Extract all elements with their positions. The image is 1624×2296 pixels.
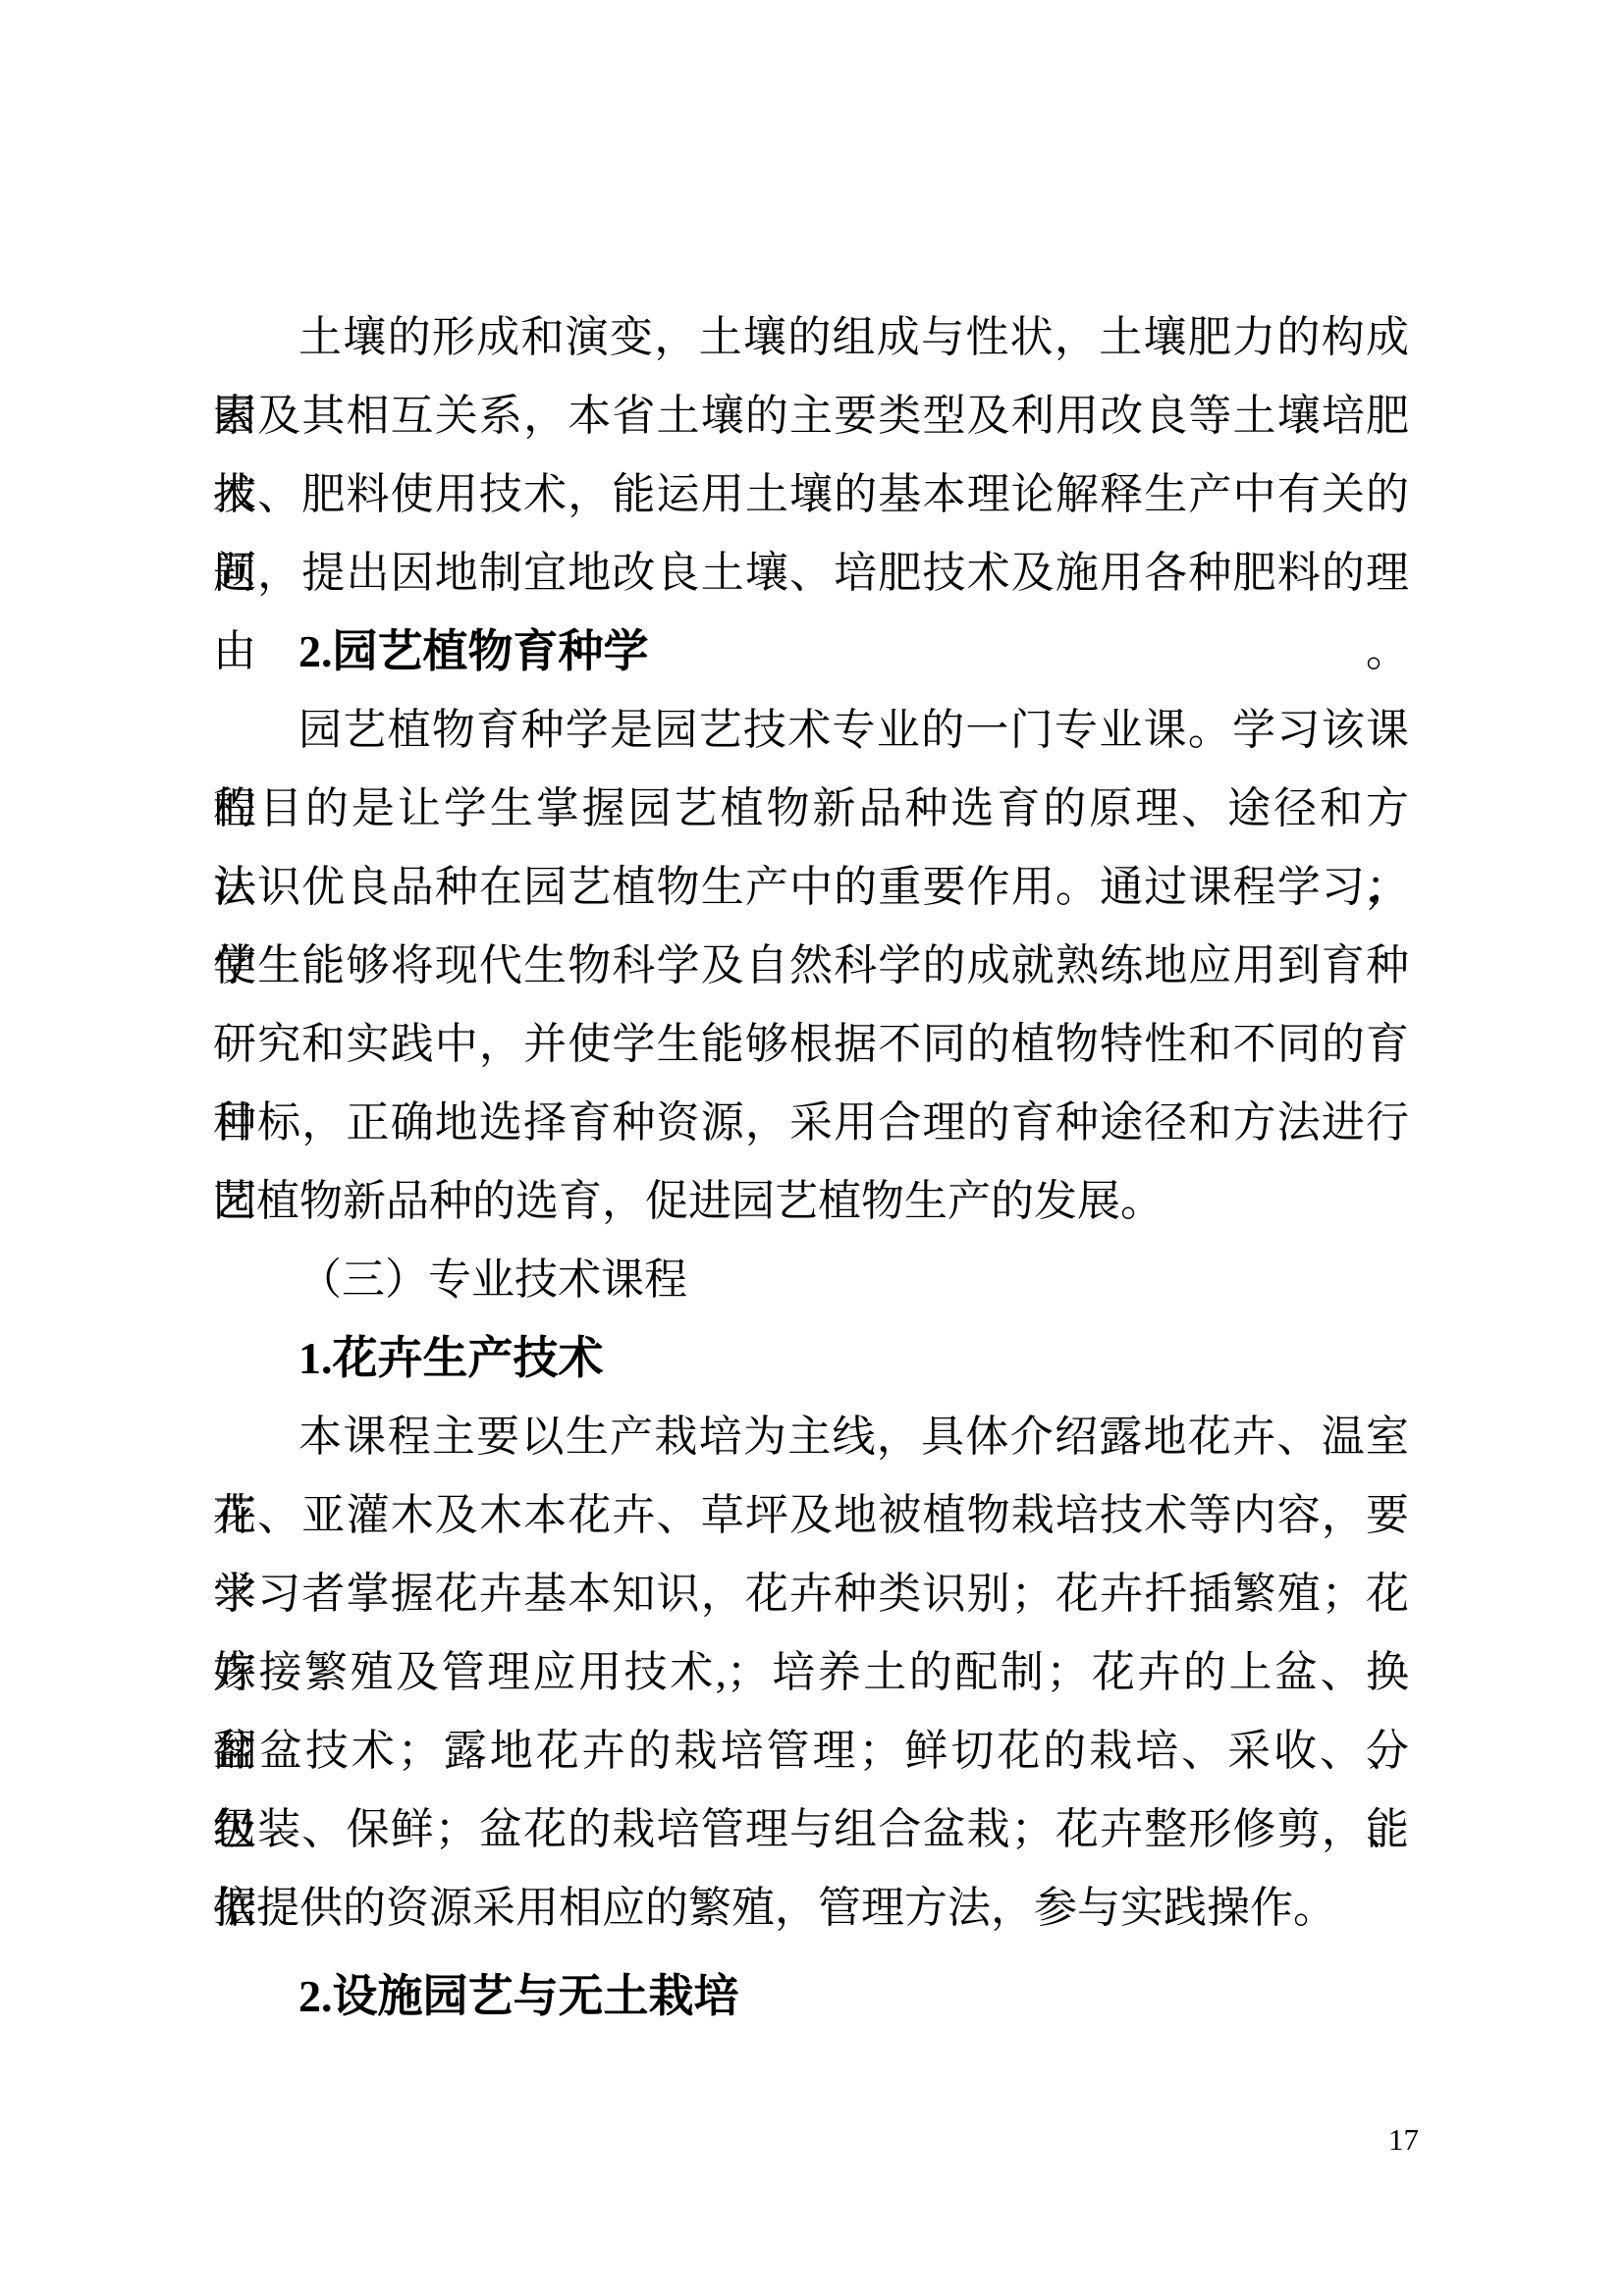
body-line: 目标，正确地选择育种资源，采用合理的育种途径和方法进行园 <box>213 1084 1409 1162</box>
body-line: 翻盆技术；露地花卉的栽培管理；鲜切花的栽培、采收、分级、 <box>213 1712 1409 1790</box>
course-heading: 1.花卉生产技术 <box>213 1319 1409 1398</box>
body-line: 据提供的资源采用相应的繁殖，管理方法，参与实践操作。 <box>213 1869 1409 1948</box>
body-line: 认识优良品种在园艺植物生产中的重要作用。通过课程学习，使 <box>213 848 1409 927</box>
body-line: 素及其相互关系，本省土壤的主要类型及利用改良等土壤培肥技 <box>213 377 1409 455</box>
body-line: 卉、亚灌木及木本花卉、草坪及地被植物栽培技术等内容，要求 <box>213 1476 1409 1555</box>
body-line: 包装、保鲜；盆花的栽培管理与组合盆栽；花卉整形修剪，能依 <box>213 1790 1409 1869</box>
course-heading: 2.设施园艺与无土栽培 <box>213 1957 1409 2036</box>
body-line: 土壤的形成和演变，土壤的组成与性状，土壤肥力的构成因 <box>213 298 1409 377</box>
page-number: 17 <box>1388 2120 1419 2160</box>
body-line: 本课程主要以生产栽培为主线，具体介绍露地花卉、温室花 <box>213 1398 1409 1476</box>
body-line: 学习者掌握花卉基本知识，花卉种类识别；花卉扦插繁殖；花卉 <box>213 1555 1409 1633</box>
body-line: 艺植物新品种的选育，促进园艺植物生产的发展。 <box>213 1162 1409 1241</box>
body-line: 研究和实践中，并使学生能够根据不同的植物特性和不同的育种 <box>213 1005 1409 1084</box>
body-line: 学生能够将现代生物科学及自然科学的成就熟练地应用到育种 <box>213 927 1409 1005</box>
body-line: 题，提出因地制宜地改良土壤、培肥技术及施用各种肥料的理由。 <box>213 534 1409 613</box>
body-line: 术、肥料使用技术，能运用土壤的基本理论解释生产中有关的问 <box>213 455 1409 534</box>
body-line: 园艺植物育种学是园艺技术专业的一门专业课。学习该课程 <box>213 691 1409 770</box>
body-line: 的目的是让学生掌握园艺植物新品种选育的原理、途径和方法； <box>213 770 1409 848</box>
page-body-text: 土壤的形成和演变，土壤的组成与性状，土壤肥力的构成因 素及其相互关系，本省土壤的… <box>213 298 1409 2036</box>
section-heading: （三）专业技术课程 <box>213 1241 1409 1319</box>
body-line: 嫁接繁殖及管理应用技术,；培养土的配制；花卉的上盆、换盆、 <box>213 1633 1409 1712</box>
document-page: 土壤的形成和演变，土壤的组成与性状，土壤肥力的构成因 素及其相互关系，本省土壤的… <box>0 0 1624 2296</box>
